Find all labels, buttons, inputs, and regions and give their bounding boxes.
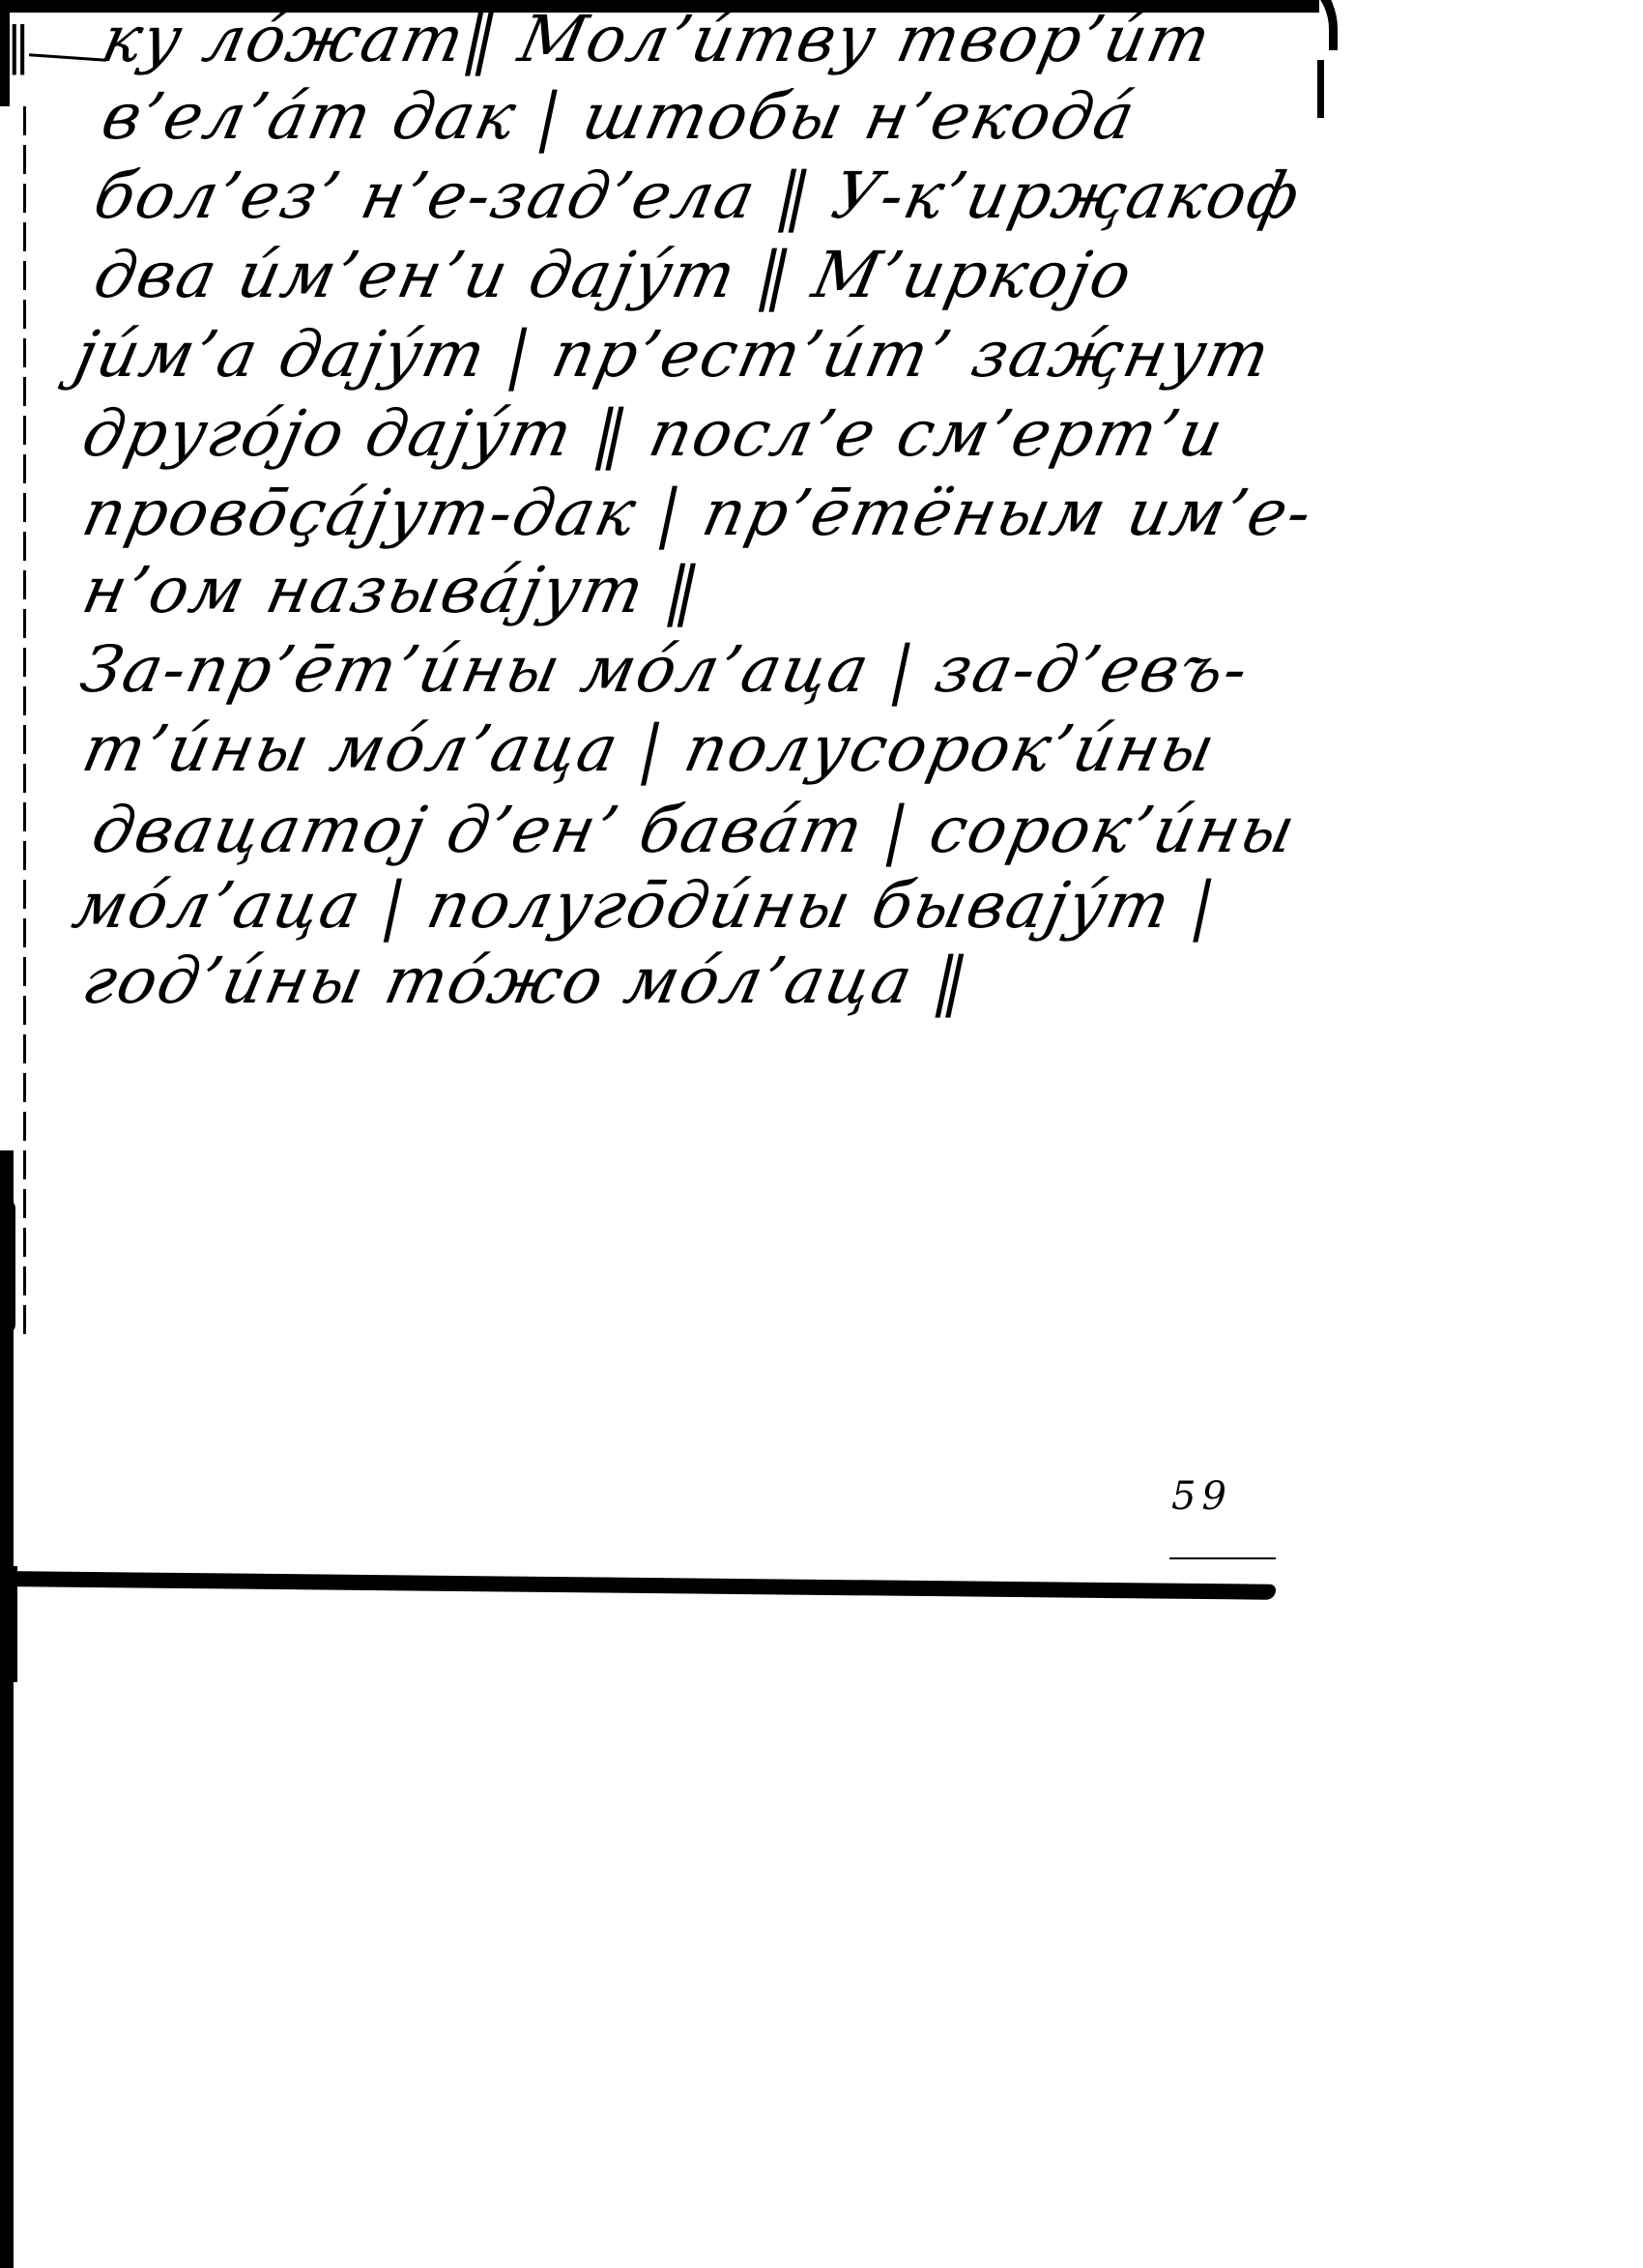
text-line-2: в’ел’а́т дак | штобы н’екода́ (97, 85, 1141, 149)
text-line-3: бол’ез’ н’е-зад’ела ‖ У-к’ирҗакоф (89, 164, 1307, 228)
page-bottom-left-corner (0, 1566, 17, 1682)
lead-stroke (29, 53, 106, 62)
manuscript-body: ‖ ку ло́жат‖ Мол’и́тву твор’и́т в’ел’а́т… (0, 0, 1353, 1063)
page-number: 59 (1171, 1477, 1232, 1516)
text-line-7: прово̄ҫа́јут-дак | пр’е̄тёным им’е- (77, 481, 1318, 545)
text-line-13: год’и́ны то́жо мо́л’аца ‖ (77, 949, 975, 1013)
page-bottom-edge (0, 1571, 1276, 1600)
text-line-8: н’ом называ́јут ‖ (77, 559, 707, 623)
text-line-11: двацатој д’ен’ бава́т | сорок’и́ны (87, 799, 1302, 862)
bottom-rule-thin (1169, 1557, 1276, 1559)
text-line-6: друго́јо дају́т ‖ посл’е см’ерт’и (77, 402, 1229, 466)
text-line-1: ку ло́жат‖ Мол’и́тву твор’и́т (97, 8, 1218, 72)
text-line-10: т’и́ны мо́л’аца | полусорок’и́ны (77, 717, 1222, 781)
text-line-9: За-пр’е̄т’и́ны мо́л’аца | за-д’евъ- (75, 638, 1254, 702)
text-line-5: ји́м’а дају́т | пр’ест’и́т’ заҗ́нут (70, 323, 1277, 387)
binding-shadow (0, 1199, 15, 1334)
text-line-4: два и́м’ен’и дају́т ‖ М’иркојо (89, 244, 1139, 307)
margin-mark: ‖ (6, 21, 31, 72)
text-line-12: мо́л’аца | полуго̄ди́ны бывају́т | (68, 874, 1223, 938)
